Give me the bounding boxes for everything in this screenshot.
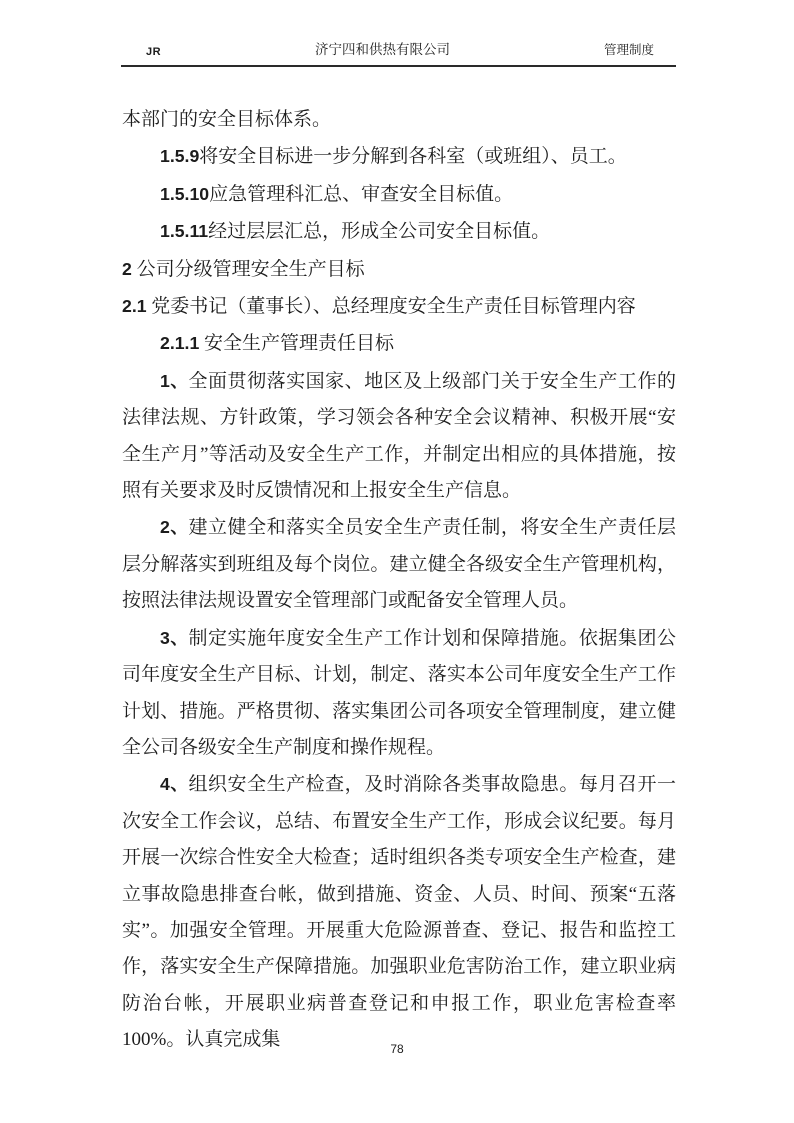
paragraph-text: 全面贯彻落实国家、地区及上级部门关于安全生产工作的法律法规、方针政策，学习领会各… xyxy=(122,371,676,501)
header-doc-type: 管理制度 xyxy=(604,40,676,58)
continuation-text: 本部门的安全目标体系。 xyxy=(122,109,331,130)
body-paragraph-3: 3、制定实施年度安全生产工作计划和保障措施。依据集团公司年度安全生产目标、计划，… xyxy=(122,620,676,767)
paragraph-number: 1、 xyxy=(160,371,189,391)
header-logo-text: JR xyxy=(121,46,161,58)
heading-text: 公司分级管理安全生产目标 xyxy=(132,259,365,280)
heading-number: 2 xyxy=(122,259,132,279)
clause-number: 1.5.9 xyxy=(160,146,199,166)
paragraph-number: 3、 xyxy=(160,628,189,648)
body-paragraph-4: 4、组织安全生产检查，及时消除各类事故隐患。每月召开一次安全工作会议，总结、布置… xyxy=(122,766,676,1058)
heading-number: 2.1.1 xyxy=(160,333,199,353)
body-paragraph-1: 1、全面贯彻落实国家、地区及上级部门关于安全生产工作的法律法规、方针政策，学习领… xyxy=(122,363,676,510)
clause-text: 经过层层汇总，形成全公司安全目标值。 xyxy=(208,221,550,242)
heading-text: 安全生产管理责任目标 xyxy=(199,333,394,354)
paragraph-number: 2、 xyxy=(160,517,189,537)
clause-item-1-5-9: 1.5.9将安全目标进一步分解到各科室（或班组）、员工。 xyxy=(122,138,676,175)
page-header: JR 济宁四和供热有限公司 管理制度 xyxy=(121,38,676,67)
clause-number: 1.5.11 xyxy=(160,221,208,241)
page-number: 78 xyxy=(390,1042,403,1056)
continuation-line: 本部门的安全目标体系。 xyxy=(122,102,676,138)
clause-number: 1.5.10 xyxy=(160,184,209,204)
clause-item-1-5-10: 1.5.10应急管理科汇总、审查安全目标值。 xyxy=(122,176,676,213)
section-heading-2: 2 公司分级管理安全生产目标 xyxy=(122,251,676,288)
page-footer: 78 xyxy=(0,1042,794,1056)
paragraph-number: 4、 xyxy=(160,774,189,794)
section-heading-2-1: 2.1 党委书记（董事长）、总经理度安全生产责任目标管理内容 xyxy=(122,288,676,325)
clause-text: 应急管理科汇总、审查安全目标值。 xyxy=(209,184,513,205)
paragraph-text: 建立健全和落实全员安全生产责任制，将安全生产责任层层分解落实到班组及每个岗位。建… xyxy=(122,517,676,611)
document-page: JR 济宁四和供热有限公司 管理制度 本部门的安全目标体系。 1.5.9将安全目… xyxy=(0,0,794,1123)
header-company-name: 济宁四和供热有限公司 xyxy=(315,38,450,58)
paragraph-text: 制定实施年度安全生产工作计划和保障措施。依据集团公司年度安全生产目标、计划，制定… xyxy=(122,628,676,758)
heading-number: 2.1 xyxy=(122,296,147,316)
paragraph-text: 组织安全生产检查，及时消除各类事故隐患。每月召开一次安全工作会议，总结、布置安全… xyxy=(122,774,676,1050)
clause-text: 将安全目标进一步分解到各科室（或班组）、员工。 xyxy=(199,146,627,167)
body-paragraph-2: 2、建立健全和落实全员安全生产责任制，将安全生产责任层层分解落实到班组及每个岗位… xyxy=(122,509,676,619)
heading-text: 党委书记（董事长）、总经理度安全生产责任目标管理内容 xyxy=(147,296,636,317)
clause-item-1-5-11: 1.5.11经过层层汇总，形成全公司安全目标值。 xyxy=(122,213,676,250)
document-body: 本部门的安全目标体系。 1.5.9将安全目标进一步分解到各科室（或班组）、员工。… xyxy=(122,102,676,1059)
section-heading-2-1-1: 2.1.1 安全生产管理责任目标 xyxy=(122,325,676,362)
